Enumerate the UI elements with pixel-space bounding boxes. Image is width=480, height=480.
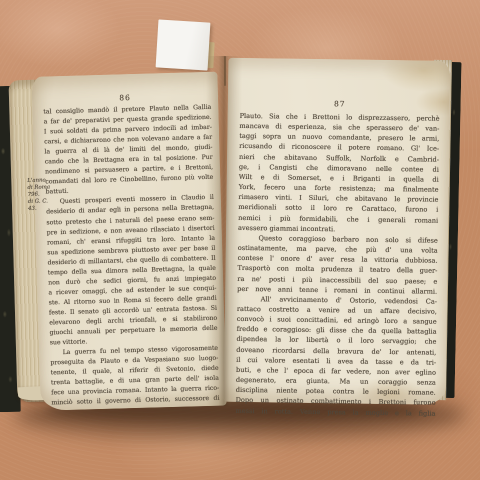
left-page-number: 86: [65, 92, 185, 104]
left-page-text-block: 86 tal consiglio mandò il pretore Plauto…: [43, 91, 220, 409]
right-page-number: 87: [240, 98, 440, 110]
left-page-body-text: tal consiglio mandò il pretore Plauto ne…: [43, 103, 219, 409]
gutter-fold-line: [224, 56, 226, 86]
white-bookmark-tab: [156, 19, 211, 70]
left-page: L'annodi Roma796.di G. C.43. 86 tal cons…: [31, 72, 226, 411]
right-page-text-block: 87 Plauto. Sia che i Brettoni lo disprez…: [235, 98, 439, 418]
right-page: 87 Plauto. Sia che i Brettoni lo disprez…: [224, 58, 451, 405]
right-page-body-text: Plauto. Sia che i Brettoni lo disprezzas…: [235, 111, 439, 418]
book-photograph: L'annodi Roma796.di G. C.43. 86 tal cons…: [0, 0, 480, 480]
